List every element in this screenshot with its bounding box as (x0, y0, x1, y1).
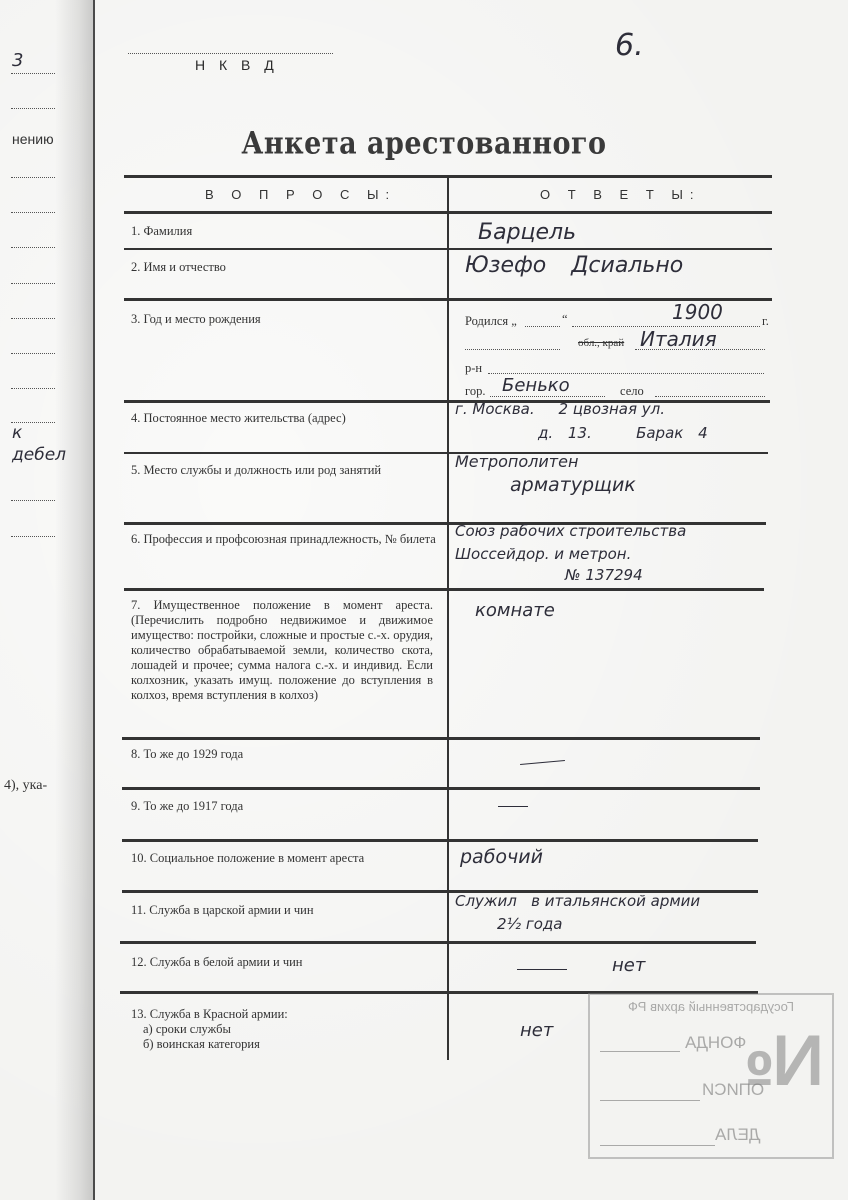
question-8: 8. То же до 1929 года (131, 747, 243, 762)
question-label: Профессия и профсоюзная принадлежность, … (144, 532, 436, 546)
city-dotline (490, 396, 605, 397)
question-number: 2. (131, 260, 140, 274)
question-2: 2. Имя и отчество (131, 260, 226, 275)
question-number: 12. (131, 955, 147, 969)
stamp-title: Государственный архив РФ (598, 999, 824, 1014)
answer-1-surname: Барцель (478, 220, 576, 245)
question-4: 4. Постоянное место жительства (адрес) (131, 411, 346, 426)
answer-5-workplace: Метрополитен (455, 452, 578, 471)
margin-dotline (11, 177, 55, 178)
question-7: 7. Имущественное положение в момент арес… (131, 598, 433, 703)
question-1: 1. Фамилия (131, 224, 192, 239)
question-number: 13. (131, 1007, 147, 1021)
question-label: Служба в Красной армии: (150, 1007, 288, 1021)
question-number: 3. (131, 312, 140, 326)
margin-dotline (11, 283, 55, 284)
birth-year: 1900 (672, 300, 723, 324)
answer-5-position: арматурщик (510, 474, 636, 496)
stamp-number-glyph: № (744, 1020, 824, 1102)
answer-9-dash (498, 806, 528, 807)
answer-11-tsarist-army: Служил в итальянской армии (455, 892, 700, 910)
column-divider (447, 175, 449, 1060)
question-number: 9. (131, 799, 140, 813)
document-title: Анкета арестованного (0, 126, 848, 162)
answer-12-dash (517, 969, 567, 970)
answer-10-social-status: рабочий (460, 846, 543, 868)
questions-header: В О П Р О С Ы: (205, 187, 396, 202)
stamp-number-sign: № (744, 1020, 824, 1102)
answer-6-union-line2: Шоссейдор. и метрон. (455, 545, 631, 563)
district-dotline (488, 373, 764, 374)
binding-shadow (55, 0, 95, 1200)
year-suffix: г. (762, 314, 769, 329)
row-rule (122, 737, 760, 740)
question-label: Служба в белой армии и чин (150, 955, 303, 969)
question-label: То же до 1917 года (144, 799, 244, 813)
question-label: Место службы и должность или род занятий (144, 463, 382, 477)
question-number: 6. (131, 532, 140, 546)
answer-6-card-number: № 137294 (565, 566, 643, 584)
margin-handwritten-note: дебел (12, 445, 66, 465)
row-rule (124, 452, 768, 454)
question-number: 10. (131, 851, 147, 865)
margin-dotline (11, 388, 55, 389)
born-quote: “ (562, 312, 568, 327)
question-label: Имя и отчество (144, 260, 226, 274)
agency-dotline (128, 53, 333, 54)
margin-dotline (11, 318, 55, 319)
stamp-underline (600, 1145, 715, 1146)
row-rule (122, 839, 758, 842)
question-number: 5. (131, 463, 140, 477)
birth-city: Бенько (502, 375, 570, 396)
margin-dotline (11, 500, 55, 501)
question-9: 9. То же до 1917 года (131, 799, 243, 814)
question-number: 8. (131, 747, 140, 761)
question-13a: а) сроки службы (131, 1022, 288, 1037)
agency-label: Н К В Д (195, 57, 279, 73)
stamp-underline (600, 1051, 680, 1052)
stamp-title-text: Государственный архив РФ (628, 999, 794, 1014)
page-number: 6. (615, 28, 644, 63)
question-number: 1. (131, 224, 140, 238)
stamp-underline (600, 1100, 700, 1101)
question-13b: б) воинская категория (131, 1037, 288, 1052)
answer-6-union: Союз рабочих строительства (455, 522, 686, 540)
margin-dotline (11, 353, 55, 354)
row-rule (124, 588, 764, 591)
margin-dotline (11, 212, 55, 213)
margin-fragment: 4), ука- (4, 778, 47, 794)
stamp-delo-label: ДЕЛА (715, 1125, 760, 1145)
answer-4-address-line1: г. Москва. 2 цвозная ул. (455, 400, 665, 418)
question-label: То же до 1929 года (144, 747, 244, 761)
village-label: село (620, 384, 644, 399)
answer-13-red-army: нет (520, 1020, 553, 1041)
left-margin: 3 нению к дебел 4), ука- (0, 0, 100, 1200)
margin-dotline (11, 108, 55, 109)
district-label: р-н (465, 361, 482, 376)
question-number: 7. (131, 598, 140, 612)
question-label: Фамилия (144, 224, 193, 238)
margin-dotline (11, 73, 55, 74)
question-label: Служба в царской армии и чин (149, 903, 313, 917)
question-label: Год и место рождения (144, 312, 261, 326)
question-6: 6. Профессия и профсоюзная принадлежност… (131, 532, 436, 547)
answer-7-property: комнате (475, 600, 555, 621)
stamp-fond: ФОНДА (685, 1033, 746, 1053)
city-label: гор. (465, 384, 485, 399)
margin-dotline (11, 536, 55, 537)
answer-11-duration: 2½ года (497, 915, 562, 933)
question-13: 13. Служба в Красной армии: а) сроки слу… (131, 1007, 288, 1052)
stamp-fond-label: ФОНДА (685, 1033, 746, 1053)
archive-stamp: Государственный архив РФ ФОНДА ОПИСИ ДЕЛ… (588, 993, 834, 1159)
region-dotline (465, 349, 560, 350)
question-11: 11. Служба в царской армии и чин (131, 903, 314, 918)
question-12: 12. Служба в белой армии и чин (131, 955, 303, 970)
region-label: обл., край (578, 337, 624, 349)
margin-dotline (11, 247, 55, 248)
answer-12-white-army: нет (612, 955, 645, 976)
born-label: Родился „ (465, 314, 517, 329)
question-label: Имущественное положение в момент ареста.… (131, 598, 433, 702)
birth-region: Италия (640, 327, 717, 351)
question-label: Социальное положение в момент ареста (150, 851, 364, 865)
question-label: Постоянное место жительства (адрес) (144, 411, 346, 425)
question-5: 5. Место службы и должность или род заня… (131, 463, 381, 478)
row-rule (122, 787, 760, 790)
row-rule (120, 941, 756, 944)
binding-edge (93, 0, 95, 1200)
question-number: 4. (131, 411, 140, 425)
question-10: 10. Социальное положение в момент ареста (131, 851, 364, 866)
answer-2-name: Юзефо Дсиально (465, 253, 683, 278)
question-number: 11. (131, 903, 146, 917)
margin-handwritten-note: к (12, 423, 22, 443)
stamp-delo: ДЕЛА (715, 1125, 760, 1145)
village-dotline (655, 396, 765, 397)
answers-header: О Т В Е Т Ы: (540, 187, 701, 202)
margin-handwritten-number: 3 (12, 50, 23, 71)
answer-4-address-line2: д. 13. Барак 4 (538, 424, 708, 442)
question-3: 3. Год и место рождения (131, 312, 261, 327)
day-dotline (525, 326, 560, 327)
